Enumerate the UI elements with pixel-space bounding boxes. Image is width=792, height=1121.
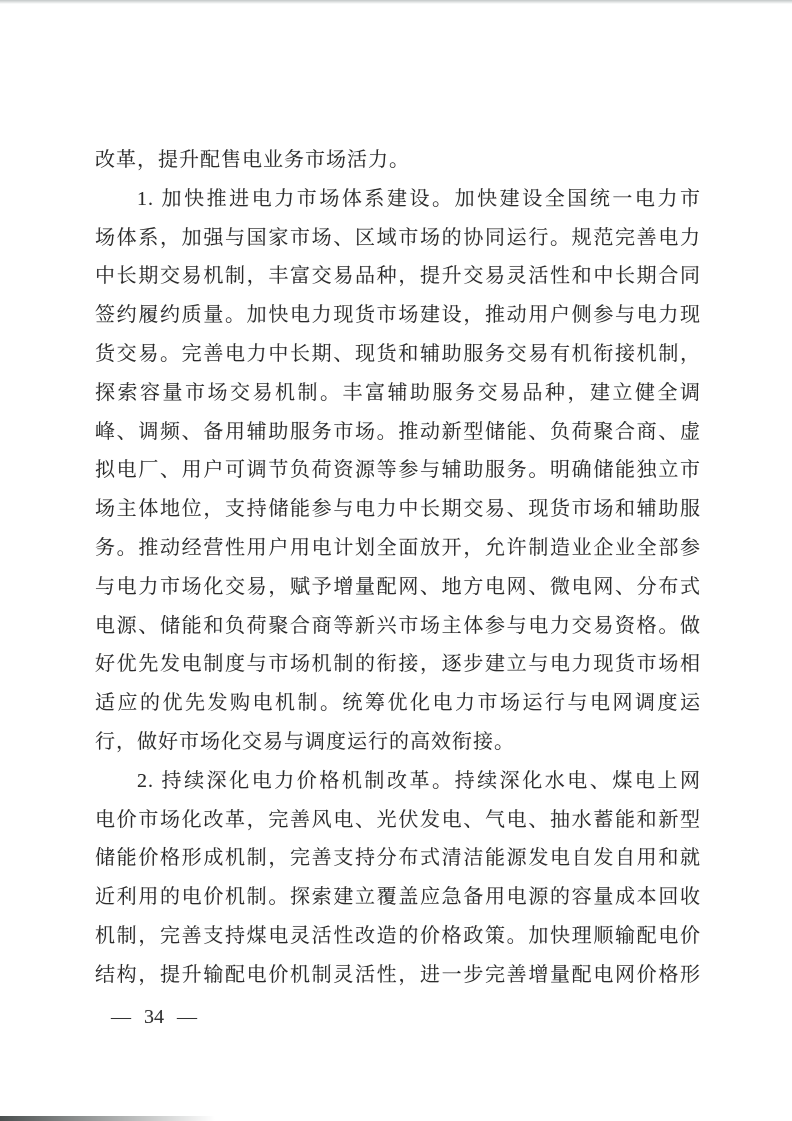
text-line: 务。推动经营性用户用电计划全面放开，允许制造业企业全部参 — [95, 529, 701, 568]
text-line: 1. 加快推进电力市场体系建设。加快建设全国统一电力市 — [95, 180, 701, 219]
text-line: 好优先发电制度与市场机制的衔接，逐步建立与电力现货市场相 — [95, 645, 701, 684]
text-line: 近利用的电价机制。探索建立覆盖应急备用电源的容量成本回收 — [95, 878, 701, 917]
text-line: 中长期交易机制，丰富交易品种，提升交易灵活性和中长期合同 — [95, 257, 701, 296]
text-line: 行，做好市场化交易与调度运行的高效衔接。 — [95, 723, 701, 762]
document-body: 改革，提升配售电业务市场活力。 1. 加快推进电力市场体系建设。加快建设全国统一… — [95, 141, 701, 995]
footer-dash-left: — — [111, 1006, 131, 1029]
text-line: 电价市场化改革，完善风电、光伏发电、气电、抽水蓄能和新型 — [95, 801, 701, 840]
scan-artifact-top-edge — [0, 0, 792, 4]
document-page: 改革，提升配售电业务市场活力。 1. 加快推进电力市场体系建设。加快建设全国统一… — [0, 0, 792, 1121]
page-footer: — 34 — — [111, 1006, 197, 1029]
text-line: 峰、调频、备用辅助服务市场。推动新型储能、负荷聚合商、虚 — [95, 413, 701, 452]
text-line: 适应的优先发购电机制。统筹优化电力市场运行与电网调度运 — [95, 684, 701, 723]
text-line: 场主体地位，支持储能参与电力中长期交易、现货市场和辅助服 — [95, 490, 701, 529]
text-line: 探索容量市场交易机制。丰富辅助服务交易品种，建立健全调 — [95, 374, 701, 413]
text-line: 场体系，加强与国家市场、区域市场的协同运行。规范完善电力 — [95, 219, 701, 258]
text-line: 拟电厂、用户可调节负荷资源等参与辅助服务。明确储能独立市 — [95, 451, 701, 490]
text-line: 签约履约质量。加快电力现货市场建设，推动用户侧参与电力现 — [95, 296, 701, 335]
page-number: 34 — [144, 1006, 164, 1029]
text-line: 储能价格形成机制，完善支持分布式清洁能源发电自发自用和就 — [95, 839, 701, 878]
text-line: 货交易。完善电力中长期、现货和辅助服务交易有机衔接机制， — [95, 335, 701, 374]
text-line: 机制，完善支持煤电灵活性改造的价格政策。加快理顺输配电价 — [95, 917, 701, 956]
text-line: 2. 持续深化电力价格机制改革。持续深化水电、煤电上网 — [95, 762, 701, 801]
text-line: 与电力市场化交易，赋予增量配网、地方电网、微电网、分布式 — [95, 568, 701, 607]
text-line: 电源、储能和负荷聚合商等新兴市场主体参与电力交易资格。做 — [95, 607, 701, 646]
text-line: 改革，提升配售电业务市场活力。 — [95, 141, 701, 180]
footer-dash-right: — — [177, 1006, 197, 1029]
text-line: 结构，提升输配电价机制灵活性，进一步完善增量配电网价格形 — [95, 956, 701, 995]
scan-artifact-bottom-edge — [0, 1116, 215, 1121]
